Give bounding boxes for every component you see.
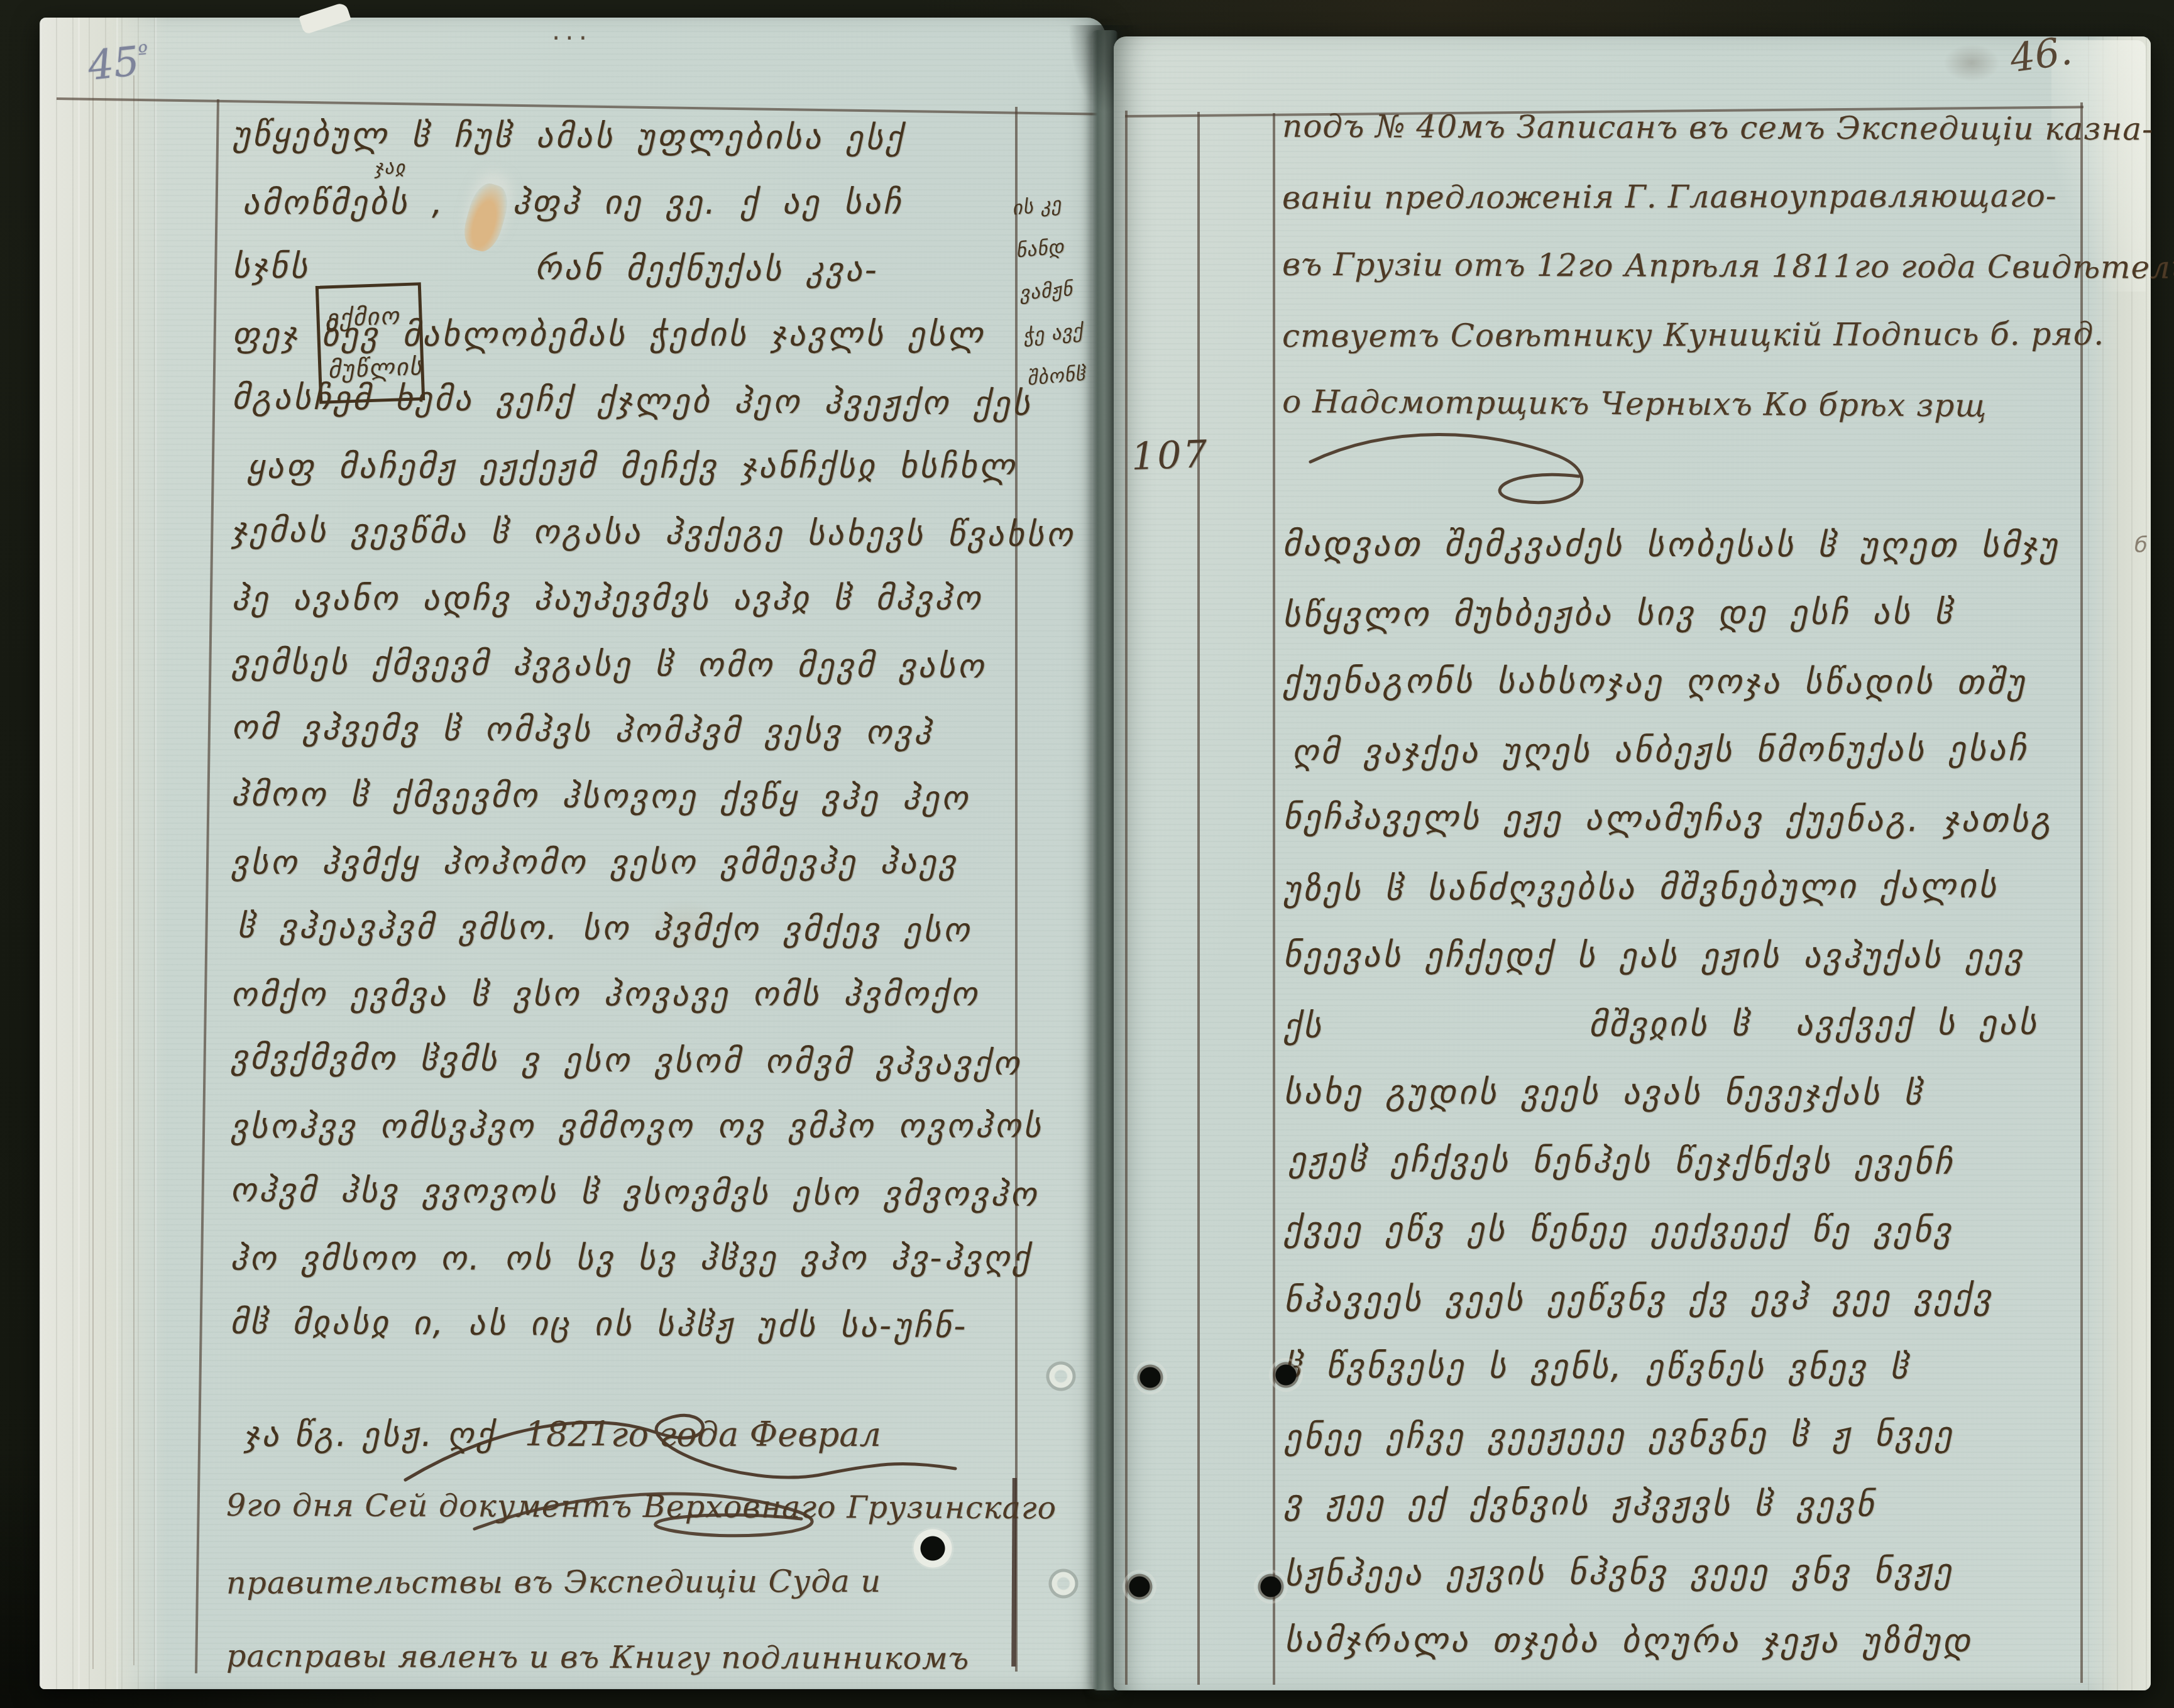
right-page-georgian-text: მადვათ შემკვაძეს სობესას ჱ უღეთ სმჯუსწყვ… (1282, 510, 2082, 1675)
embossed-hole-ring (1046, 1566, 1081, 1601)
punch-hole (1271, 1360, 1300, 1389)
manuscript-line: სჟნჰეეა ეჟვის ნჰვნვ ვეეე ვნვ ნვჟე (1284, 1536, 2082, 1608)
manuscript-line: ომქო ევმვა ჱ ვსო ჰოვავე ომს ჰვმოქო (231, 961, 1013, 1028)
manuscript-line: ომ ვჰვემვ ჱ ომჰვს ჰომჰვმ ვესვ ოვჰ (231, 694, 1014, 767)
manuscript-line: ჰმოო ჱ ქმვევმო ჰსოვოე ქვწყ ვჰე ჰეო (231, 762, 1014, 832)
punch-hole (1125, 1572, 1154, 1601)
dated-attestation-line: ჯა წგ. ესჟ. ღქ1821го года Феврал (231, 1403, 881, 1466)
georgian-fragment: ჯა წგ. ესჟ. ღქ (244, 1416, 495, 1454)
manuscript-line: ჱ წვნვესე ს ვენს, ეწვნეს ვნევ ჱ (1284, 1332, 2082, 1401)
manuscript-scan-background: ··· 45º უწყებულ ჱ ჩუჱ ამას უფლებისა ესქა… (0, 0, 2174, 1708)
manuscript-line: ნეევას ეჩქედქ ს ეას ეჟის ავჰუქას ეევ (1283, 921, 2082, 990)
right-page-number: 46. (2007, 27, 2075, 81)
right-page-column-line (1273, 113, 1275, 1685)
right-page-russian-text: подъ № 40мъ Записанъ въ семъ Экспедиціи … (1282, 93, 2124, 439)
manuscript-line: подъ № 40мъ Записанъ въ семъ Экспедиціи … (1282, 92, 2124, 164)
manuscript-line: ქს მშვჲის ჱ ავქვექ ს ეას (1283, 988, 2082, 1060)
manuscript-line: ваніи предложенія Г. Главноуправляющаго- (1282, 161, 2124, 233)
top-dots-mark: ··· (552, 23, 592, 53)
clerk-flourish (1288, 415, 1615, 528)
manuscript-line: ვემსეს ქმვევმ ჰვგასე ჱ ომო მევმ ვასო (231, 630, 1014, 700)
manuscript-line: სამჯრალა თჯება ბღურა ჯეჟა უზმუდ (1284, 1606, 2082, 1675)
left-page-number-value: 45 (85, 38, 141, 90)
embossed-hole-ring (1043, 1359, 1079, 1394)
manuscript-line: ვ ჟეე ექ ქვნვის ჟჰვჟვს ჱ ვევნ (1284, 1467, 2082, 1539)
manuscript-line: въ Грузіи отъ 12го Апрѣля 1811го года Св… (1282, 230, 2124, 302)
left-page-russian-text: 9го дня Сей документъ Верховнаго Грузинс… (226, 1469, 1018, 1695)
entry-number: 107 (1131, 432, 1210, 479)
manuscript-line: ვამჟნ (1018, 266, 1096, 315)
manuscript-line: ჭე ავქ (1021, 309, 1100, 358)
faint-margin-line (133, 75, 135, 1665)
manuscript-line: ნეჩჰაველს ეჟე ალამუჩავ ქუენაგ. ჯათსგ (1283, 782, 2081, 854)
manuscript-line: ამოწმებს , ჰფჰ იე ვე. ქ აე საჩ (233, 170, 1015, 236)
boxed-correction: ექმიომუწლის (316, 282, 425, 404)
punch-hole (1136, 1363, 1165, 1392)
manuscript-line: ვმვქმვმო ჱვმს ვ ესო ვსომ ომვმ ვჰვავქო (230, 1024, 1013, 1097)
manuscript-line: ჰო ვმსოო ო. ოს სვ სვ ჰჱვე ვჰო ჰვ-ჰვღქ (230, 1225, 1013, 1292)
manuscript-line: მუწლის (327, 341, 415, 396)
manuscript-line: ეჟეჱ ეჩქვეს ნენჰეს წეჯქნქვს ევენჩ (1283, 1125, 2082, 1196)
manuscript-line: ქუენაგონს სახსოჯაე ღოჯა სწადის თშუ (1283, 647, 2081, 716)
manuscript-line: მჱ მჲასჲ ი, ას იც ის სჰჱჟ უძს სა-უჩნ- (230, 1289, 1013, 1360)
left-page-fore-edge (40, 18, 168, 1689)
date-fragment: 1821го года Феврал (525, 1415, 881, 1454)
manuscript-line: ექმიო (325, 290, 414, 344)
manuscript-line: ვსო ჰვმქყ ჰოჰომო ვესო ვმმევჰე ჰაევ (231, 829, 1014, 896)
manuscript-line: ჯემას ვევწმა ჱ ოგასა ჰვქეგე სახევს წვახს… (231, 498, 1014, 568)
manuscript-line: 9го дня Сей документъ Верховнаго Грузинс… (226, 1468, 1018, 1546)
manuscript-line: расправы явленъ и въ Книгу подлинникомъ (226, 1619, 1018, 1697)
interlinear-insertion: ჯაჲ (375, 157, 406, 179)
manuscript-line: ნჰავეეს ვეეს ეეწვნვ ქვ ევჰ ვეე ვექვ (1283, 1262, 2082, 1334)
left-page-number: 45º (85, 37, 151, 90)
left-page-right-margin-line (1015, 107, 1018, 1672)
manuscript-line: ქვეე ეწვ ეს წენეე ეექვეექ წე ვენვ (1283, 1195, 2082, 1264)
ink-smudge (1943, 44, 2000, 82)
manuscript-line: სახე გუდის ვეეს ავას ნევეჯქას ჱ (1283, 1058, 2082, 1127)
right-page-column-line (1125, 111, 1128, 1685)
manuscript-line: სწყვლო მუხბეჟბა სივ დე ესჩ ას ჱ (1282, 577, 2080, 649)
manuscript-line: ღმ ვაჯქეა უღეს ანბეჟს ნმონუქას ესაჩ (1283, 714, 2081, 786)
manuscript-line: ყაფ მაჩემჟ ეჟქეჟმ მეჩქვ ჯანჩქსჲ ხსჩხლ (232, 434, 1014, 500)
faint-margin-line (92, 60, 94, 1669)
edge-mark: б (2134, 533, 2148, 558)
manuscript-line: უწყებულ ჱ ჩუჱ ამას უფლებისა ესქ (233, 102, 1016, 172)
manuscript-line: ჰე ავანო ადჩვ ჰაუჰევმვს ავჰჲ ჱ მჰვჰო (231, 566, 1014, 632)
manuscript-line: ენეე ეჩვე ვეეჟეეე ევნვნე ჱ ჟ ნვეე (1284, 1399, 2082, 1471)
manuscript-line: ნანდ (1014, 223, 1092, 272)
manuscript-line: ოჰვმ ჰსვ ვვოვოს ჱ ვსოვმვს ესო ვმვოვჰო (230, 1158, 1013, 1228)
punch-hole (1256, 1572, 1285, 1601)
manuscript-line: ჱ ვჰეავჰვმ ვმსო. სო ჰვმქო ვმქევ ესო (231, 894, 1014, 964)
manuscript-line: უზეს ჱ სანძღვებსა მშვნებული ქალის (1283, 851, 2081, 923)
manuscript-line: правительствы въ Экспедиціи Суда и (226, 1543, 1018, 1621)
manuscript-line: ის კე (1010, 180, 1089, 229)
manuscript-line: ствуетъ Совѣтнику Куницкій Подпись б. ря… (1282, 299, 2124, 371)
manuscript-line: ვსოჰვვ ომსვჰვო ვმმოვო ოვ ვმჰო ოვოჰოს (231, 1093, 1013, 1160)
right-page-column-line (1197, 112, 1200, 1685)
